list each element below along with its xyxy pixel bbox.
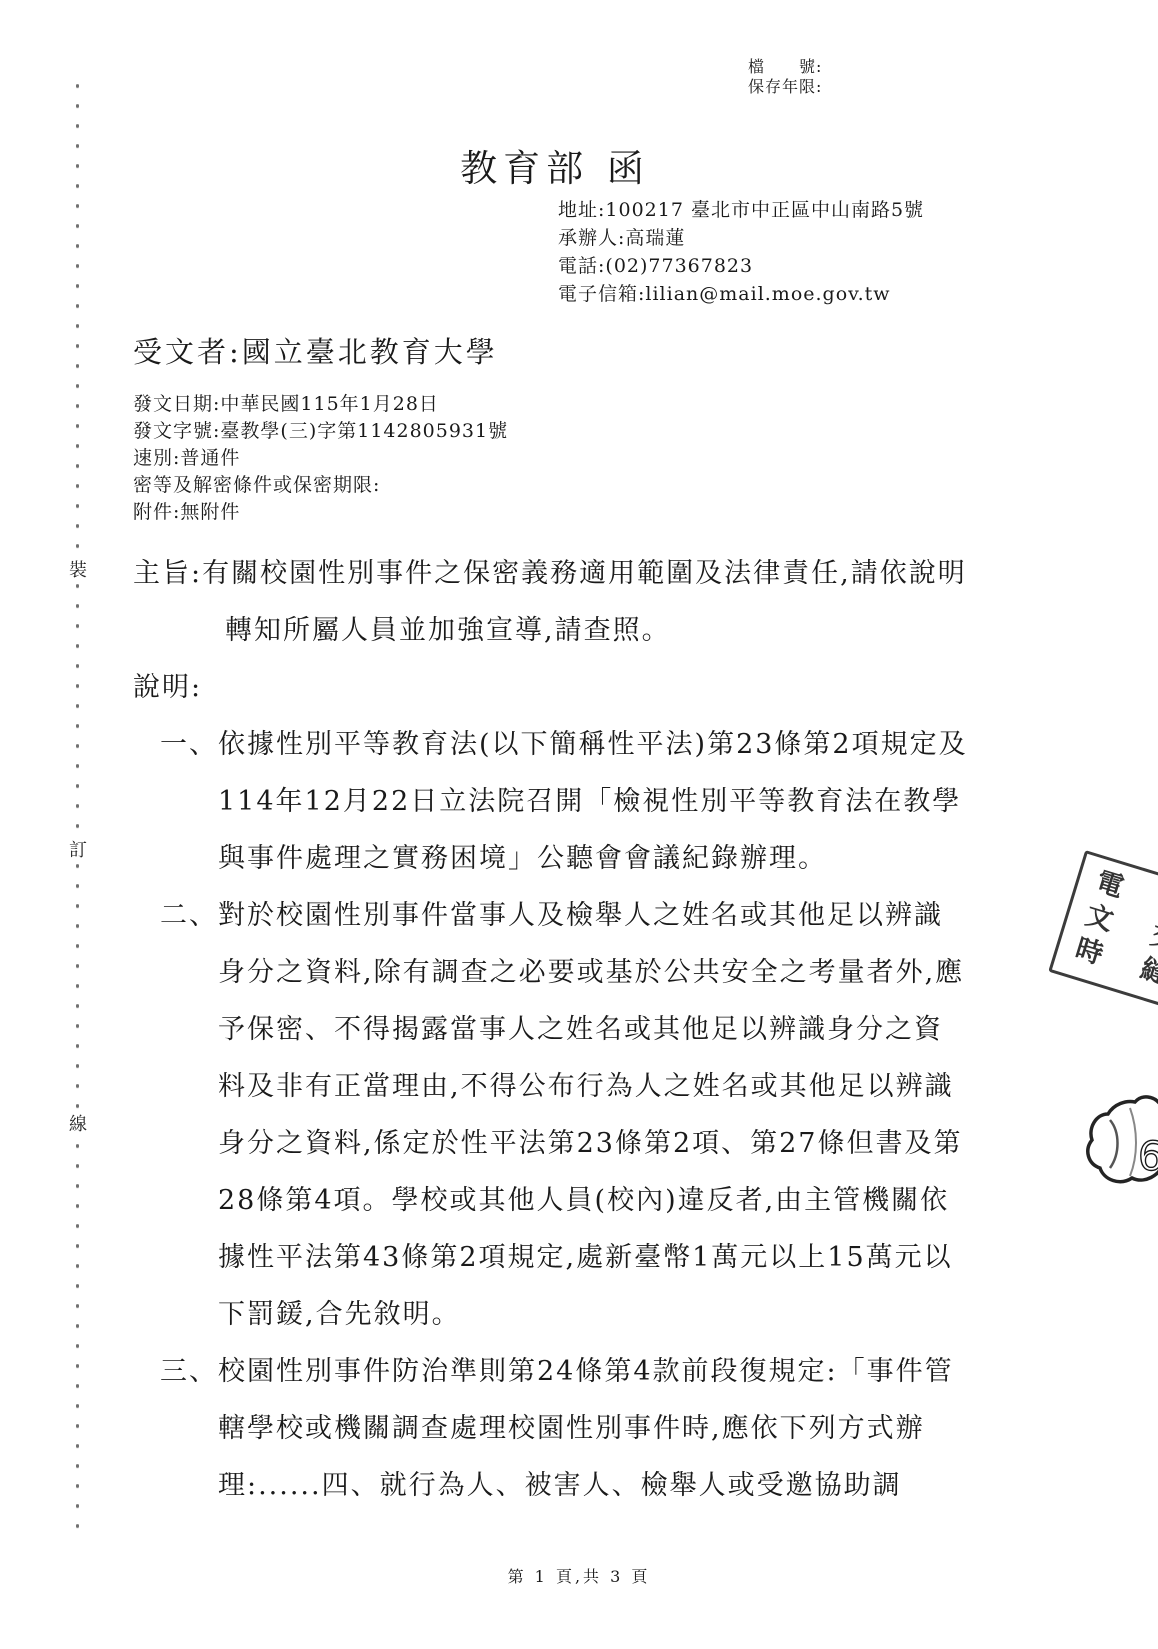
page-footer: 第 1 頁,共 3 頁 (0, 1564, 1158, 1587)
explanation-item-3: 三、校園性別事件防治準則第24條第4款前段復規定:「事件管轄學校或機關調查處理校… (160, 1343, 969, 1514)
speed-class: 速別:普通件 (133, 445, 508, 472)
official-letter-page: 裝 訂 線 檔 號: 保存年限: 教育部 函 地址:100217 臺北市中正區中… (0, 0, 1158, 1649)
issue-number: 發文字號:臺教學(三)字第1142805931號 (133, 418, 508, 445)
subject-paragraph: 主旨:有關校園性別事件之保密義務適用範圍及法律責任,請依說明轉知所屬人員並加強宣… (133, 545, 969, 659)
sender-info-block: 地址:100217 臺北市中正區中山南路5號 承辦人:高瑞蓮 電話:(02)77… (558, 196, 924, 308)
archive-labels: 檔 號: 保存年限: (748, 57, 822, 97)
recipient-line: 受文者:國立臺北教育大學 (133, 330, 498, 371)
item-text: 依據性別平等教育法(以下簡稱性平法)第23條第2項規定及114年12月22日立法… (218, 729, 968, 874)
binding-dotted-line (76, 84, 79, 1542)
attachment-note: 附件:無附件 (133, 499, 508, 526)
item-number: 一、 (160, 729, 218, 760)
letter-body: 主旨:有關校園性別事件之保密義務適用範圍及法律責任,請依說明轉知所屬人員並加強宣… (133, 545, 969, 1514)
electronic-exchange-stamp: 電文時 子交縫 (1048, 850, 1158, 1009)
item-text: 對於校園性別事件當事人及檢舉人之姓名或其他足以辨識身分之資料,除有調查之必要或基… (218, 900, 964, 1330)
stamp-right-column: 子交縫 (1129, 884, 1158, 994)
item-number: 三、 (160, 1356, 218, 1387)
document-title: 教育部 函 (0, 138, 1110, 192)
stamp-left-column: 電文時 (1064, 864, 1127, 974)
subject-text: 有關校園性別事件之保密義務適用範圍及法律責任,請依說明轉知所屬人員並加強宣導,請… (202, 558, 967, 646)
explanation-item-1: 一、依據性別平等教育法(以下簡稱性平法)第23條第2項規定及114年12月22日… (160, 716, 969, 887)
sender-address: 地址:100217 臺北市中正區中山南路5號 (558, 196, 924, 224)
issue-date: 發文日期:中華民國115年1月28日 (133, 391, 508, 418)
seal-fragment-icon: 6 (1080, 1092, 1158, 1192)
binding-mark-zhuang: 裝 (66, 556, 90, 582)
retention-period-label: 保存年限: (748, 77, 822, 97)
item-text: 校園性別事件防治準則第24條第4款前段復規定:「事件管轄學校或機關調查處理校園性… (218, 1356, 954, 1501)
file-number-label: 檔 號: (748, 57, 822, 77)
binding-mark-ding: 訂 (66, 836, 90, 862)
explanation-item-2: 二、對於校園性別事件當事人及檢舉人之姓名或其他足以辨識身分之資料,除有調查之必要… (160, 887, 969, 1343)
sender-email: 電子信箱:lilian@mail.moe.gov.tw (558, 280, 924, 308)
security-class: 密等及解密條件或保密期限: (133, 472, 508, 499)
sender-contact-person: 承辦人:高瑞蓮 (558, 224, 924, 252)
binding-mark-xian: 線 (66, 1110, 90, 1136)
seal-number: 6 (1138, 1134, 1158, 1180)
sender-phone: 電話:(02)77367823 (558, 252, 924, 280)
item-number: 二、 (160, 900, 218, 931)
explanation-label: 說明: (133, 659, 969, 716)
subject-label: 主旨: (133, 558, 202, 589)
meta-block: 發文日期:中華民國115年1月28日 發文字號:臺教學(三)字第11428059… (133, 391, 508, 526)
